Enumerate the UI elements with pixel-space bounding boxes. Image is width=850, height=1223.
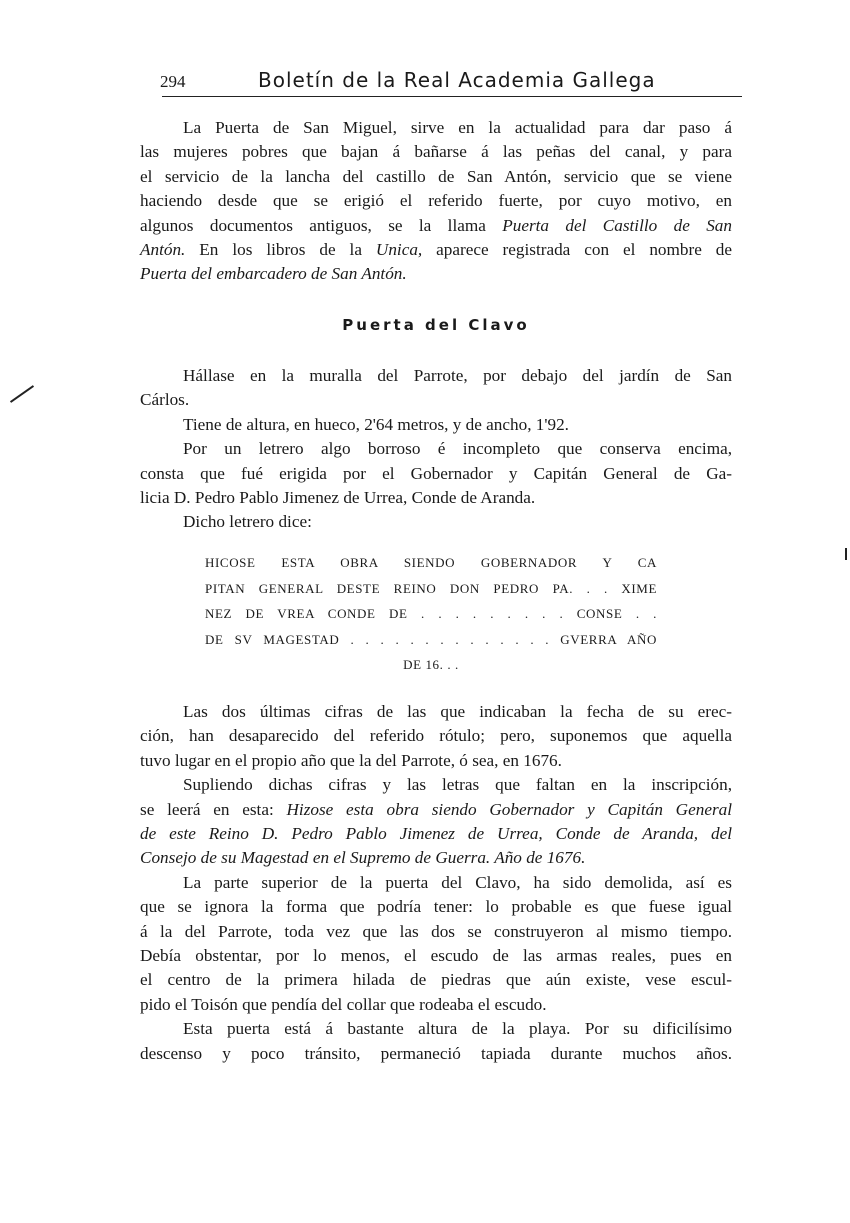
page-header: 294 Boletín de la Real Academia Gallega bbox=[160, 68, 740, 96]
text-span: algunos documentos antiguos, se la llama bbox=[140, 216, 502, 235]
text-line: Las dos últimas cifras de las que indica… bbox=[140, 700, 732, 724]
text-line: Puerta del embarcadero de San Antón. bbox=[140, 262, 732, 286]
text-line: Por un letrero algo borroso é incompleto… bbox=[140, 437, 732, 461]
text-line: haciendo desde que se erigió el referido… bbox=[140, 189, 732, 213]
header-rule bbox=[162, 96, 742, 97]
text-line: que se ignora la forma que podría tener:… bbox=[140, 895, 732, 919]
italic-span: Puerta del Castillo de San bbox=[502, 216, 732, 235]
text-line: descenso y poco tránsito, permaneció tap… bbox=[140, 1042, 732, 1066]
italic-span: Antón. bbox=[140, 240, 185, 259]
running-title: Boletín de la Real Academia Gallega bbox=[258, 68, 656, 92]
text-line: tuvo lugar en el propio año que la del P… bbox=[140, 749, 732, 773]
text-line: Consejo de su Magestad en el Supremo de … bbox=[140, 846, 732, 870]
text-line: ción, han desaparecido del referido rótu… bbox=[140, 724, 732, 748]
italic-span: Puerta del embarcadero de San Antón. bbox=[140, 264, 407, 283]
margin-mark bbox=[845, 548, 847, 560]
italic-span: Hizose esta obra siendo Gobernador y Cap… bbox=[287, 800, 733, 819]
inscription-line: HICOSE ESTA OBRA SIENDO GOBERNADOR Y CA bbox=[205, 550, 657, 576]
text-line: de este Reino D. Pedro Pablo Jimenez de … bbox=[140, 822, 732, 846]
page-number: 294 bbox=[160, 72, 186, 92]
text-line: La parte superior de la puerta del Clavo… bbox=[140, 871, 732, 895]
text-span: En los libros de la bbox=[185, 240, 376, 259]
text-line: Cárlos. bbox=[140, 388, 732, 412]
inscription-block: HICOSE ESTA OBRA SIENDO GOBERNADOR Y CA … bbox=[205, 550, 657, 678]
text-line: á la del Parrote, toda vez que las dos s… bbox=[140, 920, 732, 944]
text-line: algunos documentos antiguos, se la llama… bbox=[140, 214, 732, 238]
text-line: Supliendo dichas cifras y las letras que… bbox=[140, 773, 732, 797]
paragraph-puerta-san-miguel: La Puerta de San Miguel, sirve en la act… bbox=[140, 116, 732, 287]
inscription-line: NEZ DE VREA CONDE DE . . . . . . . . . C… bbox=[205, 601, 657, 627]
text-line: el centro de la primera hilada de piedra… bbox=[140, 968, 732, 992]
italic-span: Unica, bbox=[376, 240, 422, 259]
text-span: aparece registrada con el nombre de bbox=[422, 240, 732, 259]
text-line: Tiene de altura, en hueco, 2'64 metros, … bbox=[140, 413, 732, 437]
text-line: consta que fué erigida por el Gobernador… bbox=[140, 462, 732, 486]
margin-mark bbox=[10, 385, 34, 403]
italic-span: de este Reino D. Pedro Pablo Jimenez de … bbox=[140, 824, 732, 843]
text-line: Dicho letrero dice: bbox=[140, 510, 732, 534]
text-line: el servicio de la lancha del castillo de… bbox=[140, 165, 732, 189]
text-line: La Puerta de San Miguel, sirve en la act… bbox=[140, 116, 732, 140]
inscription-line: DE SV MAGESTAD . . . . . . . . . . . . .… bbox=[205, 627, 657, 653]
text-line: Antón. En los libros de la Unica, aparec… bbox=[140, 238, 732, 262]
text-line: se leerá en esta: Hizose esta obra siend… bbox=[140, 798, 732, 822]
inscription-line: PITAN GENERAL DESTE REINO DON PEDRO PA. … bbox=[205, 576, 657, 602]
text-line: Debía obstentar, por lo menos, el escudo… bbox=[140, 944, 732, 968]
text-span: se leerá en esta: bbox=[140, 800, 287, 819]
section-heading: Puerta del Clavo bbox=[140, 316, 732, 334]
text-line: las mujeres pobres que bajan á bañarse á… bbox=[140, 140, 732, 164]
inscription-line: DE 16. . . bbox=[205, 652, 657, 678]
text-line: licia D. Pedro Pablo Jimenez de Urrea, C… bbox=[140, 486, 732, 510]
italic-span: Consejo de su Magestad en el Supremo de … bbox=[140, 848, 585, 867]
paragraph-date: Las dos últimas cifras de las que indica… bbox=[140, 700, 732, 1066]
text-line: Hállase en la muralla del Parrote, por d… bbox=[140, 364, 732, 388]
text-line: pido el Toisón que pendía del collar que… bbox=[140, 993, 732, 1017]
paragraph-location: Hállase en la muralla del Parrote, por d… bbox=[140, 364, 732, 535]
text-line: Esta puerta está á bastante altura de la… bbox=[140, 1017, 732, 1041]
